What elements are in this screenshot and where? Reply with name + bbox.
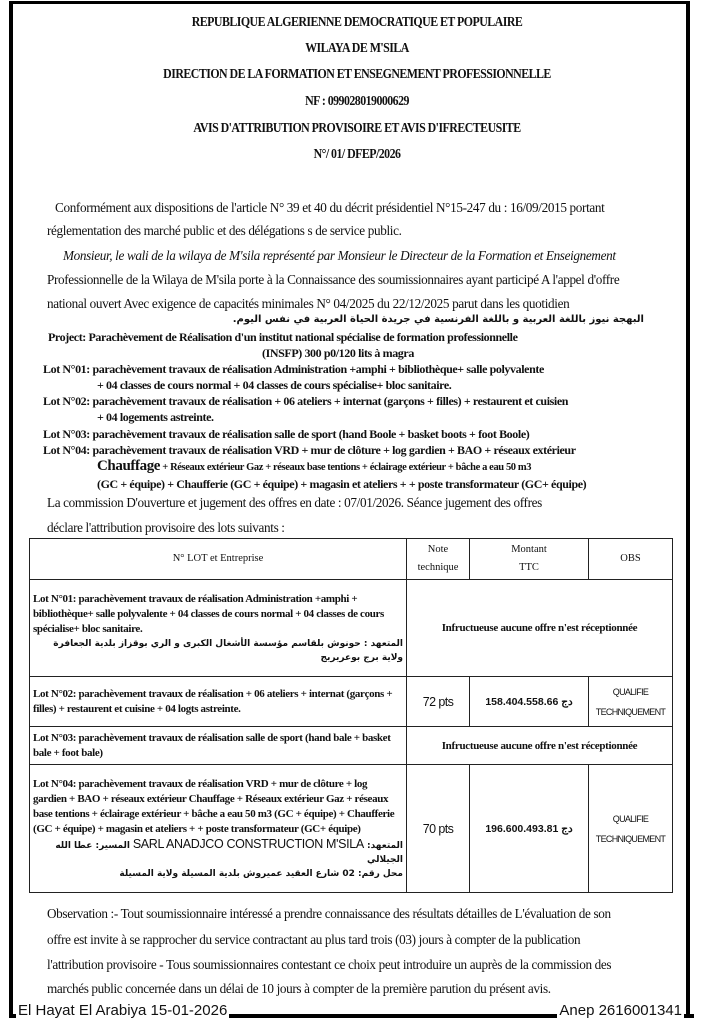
lot-summary-02-cont: + 04 logements astreinte. (97, 410, 214, 425)
lot-summary-04: Lot N°04: parachèvement travaux de réali… (43, 443, 576, 458)
result-merged-cell: Infructueuse aucune offre n'est réceptio… (407, 580, 673, 677)
note-cell: 72 pts (407, 677, 470, 727)
lot-summary-04-cont2: (GC + équipe) + Chaufferie (GC + équipe)… (97, 477, 586, 492)
col-header-note: Notetechnique (407, 539, 470, 580)
lot-summary-01: Lot N°01: parachèvement travaux de réali… (43, 362, 544, 377)
header-direction: DIRECTION DE LA FORMATION ET ENSEGNEMENT… (43, 66, 671, 82)
footer-anep-number: Anep 2616001341 (557, 1002, 684, 1019)
col-header-lot: N° LOT et Entreprise (30, 539, 407, 580)
lot-cell: Lot N°03: parachèvement travaux de réali… (30, 727, 407, 765)
intro-p1-line1: Conformément aux dispositions de l'artic… (55, 200, 604, 216)
lot-summary-label: Lot N°02: (43, 394, 90, 408)
header-republic: REPUBLIQUE ALGERIENNE DEMOCRATIQUE ET PO… (43, 14, 671, 30)
col-header-amount: MontantTTC (470, 539, 589, 580)
lot-cell: Lot N°04: parachèvement travaux de réali… (30, 765, 407, 893)
lot-cell: Lot N°01: parachèvement travaux de réali… (30, 580, 407, 677)
lot-summary-label: Lot N°03: (43, 427, 90, 441)
table-row: Lot N°03: parachèvement travaux de réali… (30, 727, 673, 765)
result-merged-cell: Infructueuse aucune offre n'est réceptio… (407, 727, 673, 765)
intro-p2-line2: Professionnelle de la Wilaya de M'sila p… (47, 272, 619, 288)
intro-arabic-newspapers: البهجة نيوز باللغة العربية و باللغة الفر… (233, 314, 644, 325)
note-cell: 70 pts (407, 765, 470, 893)
header-wilaya: WILAYA DE M'SILA (43, 40, 671, 56)
observation-line3: l'attribution provisoire - Tous soumissi… (47, 957, 611, 973)
attribution-table: N° LOT et Entreprise Notetechnique Monta… (29, 538, 673, 893)
footer-publication: El Hayat El Arabiya 15-01-2026 (16, 1002, 229, 1019)
table-header-row: N° LOT et Entreprise Notetechnique Monta… (30, 539, 673, 580)
lot-summary-label: Lot N°04: (43, 443, 90, 457)
lot-summary-04-cont1: Chauffage + Réseaux extérieur Gaz + rése… (97, 458, 531, 475)
table-row: Lot N°02: parachèvement travaux de réali… (30, 677, 673, 727)
intro-p1-line2: réglementation des marché public et des … (47, 223, 402, 239)
table-row: Lot N°01: parachèvement travaux de réali… (30, 580, 673, 677)
lot-summary-label: Lot N°01: (43, 362, 90, 376)
obs-cell: QUALIFIETECHNIQUEMENT (589, 765, 673, 893)
commission-line2: déclare l'attribution provisoire des lot… (47, 520, 285, 536)
company-address: محل رقم: 02 شارع العقيد عميروش بلدية الم… (33, 867, 403, 881)
header-notice-title: AVIS D'ATTRIBUTION PROVISOIRE ET AVIS D'… (43, 120, 671, 136)
observation-line1: Observation :- Tout soumissionnaire inté… (47, 906, 611, 922)
intro-p2-line3: national ouvert Avec exigence de capacit… (47, 296, 569, 312)
commission-line1: La commission D'ouverture et jugement de… (47, 495, 542, 511)
obs-cell: QUALIFIETECHNIQUEMENT (589, 677, 673, 727)
company-arabic: المتعهد : حونوش بلقاسم مؤسسة الأشغال الك… (33, 637, 403, 665)
col-header-obs: OBS (589, 539, 673, 580)
lot-summary-03: Lot N°03: parachèvement travaux de réali… (43, 427, 529, 442)
amount-cell: 158.404.558.66 دج (470, 677, 589, 727)
lot-summary-01-cont: + 04 classes de cours normal + 04 classe… (97, 378, 451, 393)
company-name: SARL ANADJCO CONSTRUCTION M'SILA (133, 837, 364, 851)
header-notice-number: N°/ 01/ DFEP/2026 (43, 146, 671, 162)
lot-cell: Lot N°02: parachèvement travaux de réali… (30, 677, 407, 727)
lot-summary-02: Lot N°02: parachèvement travaux de réali… (43, 394, 568, 409)
header-nif: NF : 099028019000629 (43, 93, 671, 109)
intro-p2-line1: Monsieur, le wali de la wilaya de M'sila… (63, 248, 616, 264)
project-line1: Project: Parachèvement de Réalisation d'… (48, 330, 518, 345)
table-row: Lot N°04: parachèvement travaux de réali… (30, 765, 673, 893)
amount-cell: 196.600.493.81 دج (470, 765, 589, 893)
observation-line2: offre est invite à se rapprocher du serv… (47, 932, 580, 948)
project-line2: (INSFP) 300 p0/120 lits à magra (262, 346, 414, 361)
company-info: المتعهد: SARL ANADJCO CONSTRUCTION M'SIL… (33, 837, 403, 867)
observation-line4: marchés public concernée dans un délai d… (47, 981, 551, 997)
